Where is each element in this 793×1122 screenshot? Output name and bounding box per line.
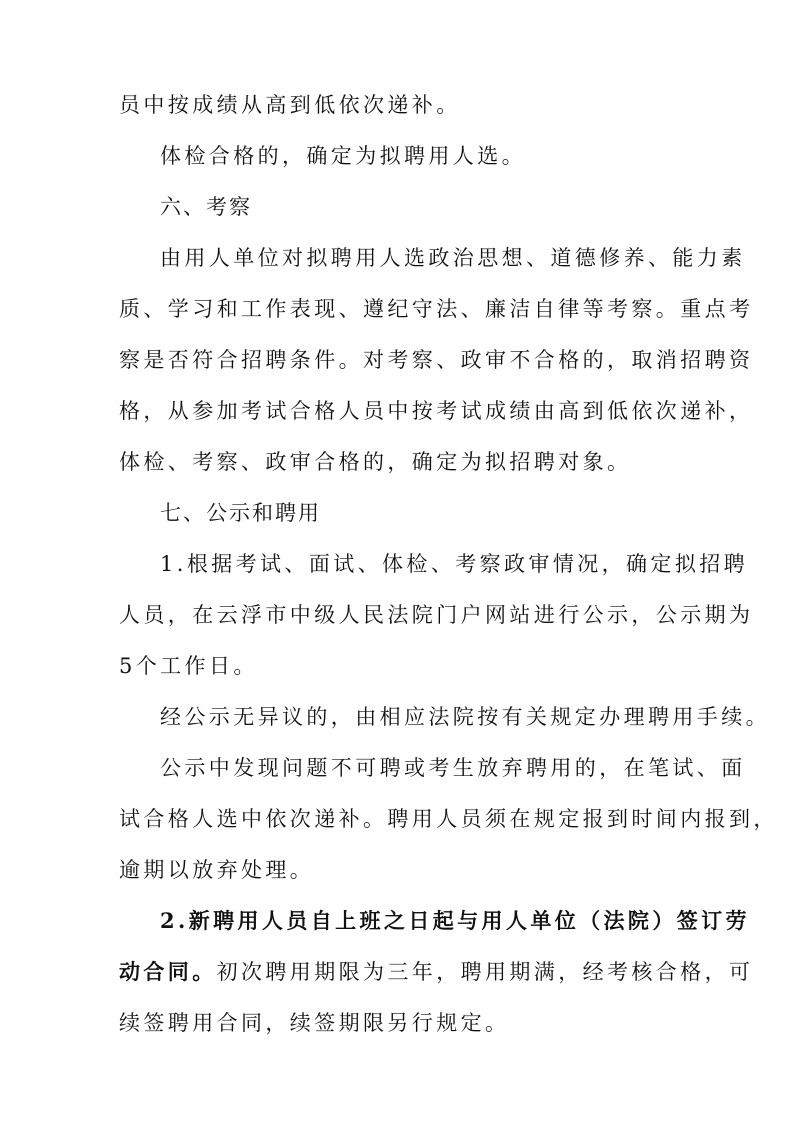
document-page: 员中按成绩从高到低依次递补。 体检合格的，确定为拟聘用人选。 六、考察 由用人单… xyxy=(0,0,793,1122)
paragraph-line: 体检合格的，确定为拟聘用人选。 xyxy=(160,143,526,169)
paragraph-line: 公示中发现问题不可聘或考生放弃聘用的，在笔试、面 xyxy=(160,755,746,781)
paragraph-line: 由用人单位对拟聘用人选政治思想、道德修养、能力素 xyxy=(160,245,746,271)
paragraph-line: 续签聘用合同，续签期限另行规定。 xyxy=(119,1010,509,1036)
paragraph-line: 5个工作日。 xyxy=(119,653,258,679)
paragraph-line: 格，从参加考试合格人员中按考试成绩由高到低依次递补， xyxy=(119,398,753,424)
section-heading-publicity: 七、公示和聘用 xyxy=(160,500,321,526)
paragraph-line: 员中按成绩从高到低依次递补。 xyxy=(119,92,461,118)
paragraph-line-mixed: 动合同。初次聘用期限为三年，聘用期满，经考核合格，可 xyxy=(119,959,753,985)
paragraph-line: 察是否符合招聘条件。对考察、政审不合格的，取消招聘资 xyxy=(119,347,753,373)
paragraph-line: 经公示无异议的，由相应法院按有关规定办理聘用手续。 xyxy=(160,704,770,730)
paragraph-line: 体检、考察、政审合格的，确定为拟招聘对象。 xyxy=(119,449,631,475)
paragraph-line: 人员，在云浮市中级人民法院门户网站进行公示，公示期为 xyxy=(119,602,753,628)
paragraph-line: 质、学习和工作表现、遵纪守法、廉洁自律等考察。重点考 xyxy=(119,296,753,322)
paragraph-line: 1.根据考试、面试、体检、考察政审情况，确定拟招聘 xyxy=(160,551,748,577)
paragraph-line: 逾期以放弃处理。 xyxy=(119,857,314,883)
paragraph-line: 试合格人选中依次递补。聘用人员须在规定报到时间内报到， xyxy=(119,806,778,832)
body-text: 初次聘用期限为三年，聘用期满，经考核合格，可 xyxy=(217,960,754,984)
section-heading-inspection: 六、考察 xyxy=(160,194,252,220)
paragraph-line-bold: 2.新聘用人员自上班之日起与用人单位（法院）签订劳 xyxy=(160,908,750,934)
bold-lead: 动合同。 xyxy=(119,959,217,984)
